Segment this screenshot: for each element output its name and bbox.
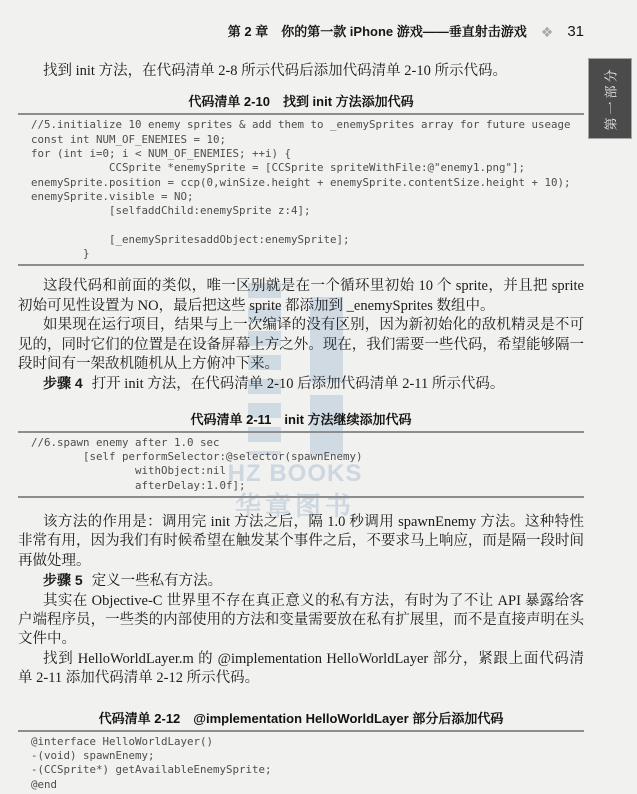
- paragraph-private-methods: 其实在 Objective-C 世界里不存在真正意义的私有方法，有时为了不让 A…: [18, 592, 584, 650]
- step-5-label: 步骤 5: [43, 572, 83, 588]
- chapter-title: 第 2 章 你的第一款 iPhone 游戏——垂直射击游戏: [228, 24, 527, 40]
- intro-paragraph: 找到 init 方法，在代码清单 2-8 所示代码后添加代码清单 2-10 所示…: [18, 62, 584, 81]
- part-tab: 第一部分: [588, 58, 632, 139]
- paragraph-run-project: 如果现在运行项目，结果与上一次编译的没有区别，因为新初始化的敌机精灵是不可见的，…: [18, 316, 584, 374]
- listing-2-12-code: @interface HelloWorldLayer() -(void) spa…: [18, 732, 584, 794]
- paragraph-method-effect: 该方法的作用是：调用完 init 方法之后，隔 1.0 秒调用 spawnEne…: [18, 513, 584, 571]
- listing-2-10-codeblock: //5.initialize 10 enemy sprites & add th…: [18, 113, 584, 266]
- listing-2-11-caption: 代码清单 2-11 init 方法继续添加代码: [18, 412, 584, 428]
- step-4-label: 步骤 4: [43, 375, 83, 391]
- listing-2-10-caption: 代码清单 2-10 找到 init 方法添加代码: [18, 94, 584, 110]
- listing-2-11-code: //6.spawn enemy after 1.0 sec [self perf…: [18, 433, 584, 496]
- paragraph-find-implementation: 找到 HelloWorldLayer.m 的 @implementation H…: [18, 650, 584, 689]
- diamond-ornament-icon: ❖: [541, 24, 554, 40]
- listing-2-12-codeblock: @interface HelloWorldLayer() -(void) spa…: [18, 730, 584, 794]
- page-content: 第 2 章 你的第一款 iPhone 游戏——垂直射击游戏 ❖ 31 找到 in…: [18, 24, 584, 794]
- part-tab-label: 第一部分: [601, 66, 620, 130]
- step-5-text: 定义一些私有方法。: [92, 573, 223, 589]
- paragraph-similar-code: 这段代码和前面的类似，唯一区别就是在一个循环里初始 10 个 sprite，并且…: [18, 277, 584, 316]
- listing-2-12-caption: 代码清单 2-12 @implementation HelloWorldLaye…: [18, 711, 584, 727]
- page-number: 31: [567, 24, 584, 40]
- book-page: HZ BOOKS 华章图书 第一部分 第 2 章 你的第一款 iPhone 游戏…: [0, 0, 637, 794]
- step-4-line: 步骤 4打开 init 方法，在代码清单 2-10 后添加代码清单 2-11 所…: [18, 374, 584, 394]
- running-header: 第 2 章 你的第一款 iPhone 游戏——垂直射击游戏 ❖ 31: [18, 24, 584, 40]
- step-4-text: 打开 init 方法，在代码清单 2-10 后添加代码清单 2-11 所示代码。: [92, 376, 505, 392]
- listing-2-10-code: //5.initialize 10 enemy sprites & add th…: [18, 115, 584, 264]
- step-5-line: 步骤 5定义一些私有方法。: [18, 571, 584, 591]
- listing-2-11-codeblock: //6.spawn enemy after 1.0 sec [self perf…: [18, 431, 584, 498]
